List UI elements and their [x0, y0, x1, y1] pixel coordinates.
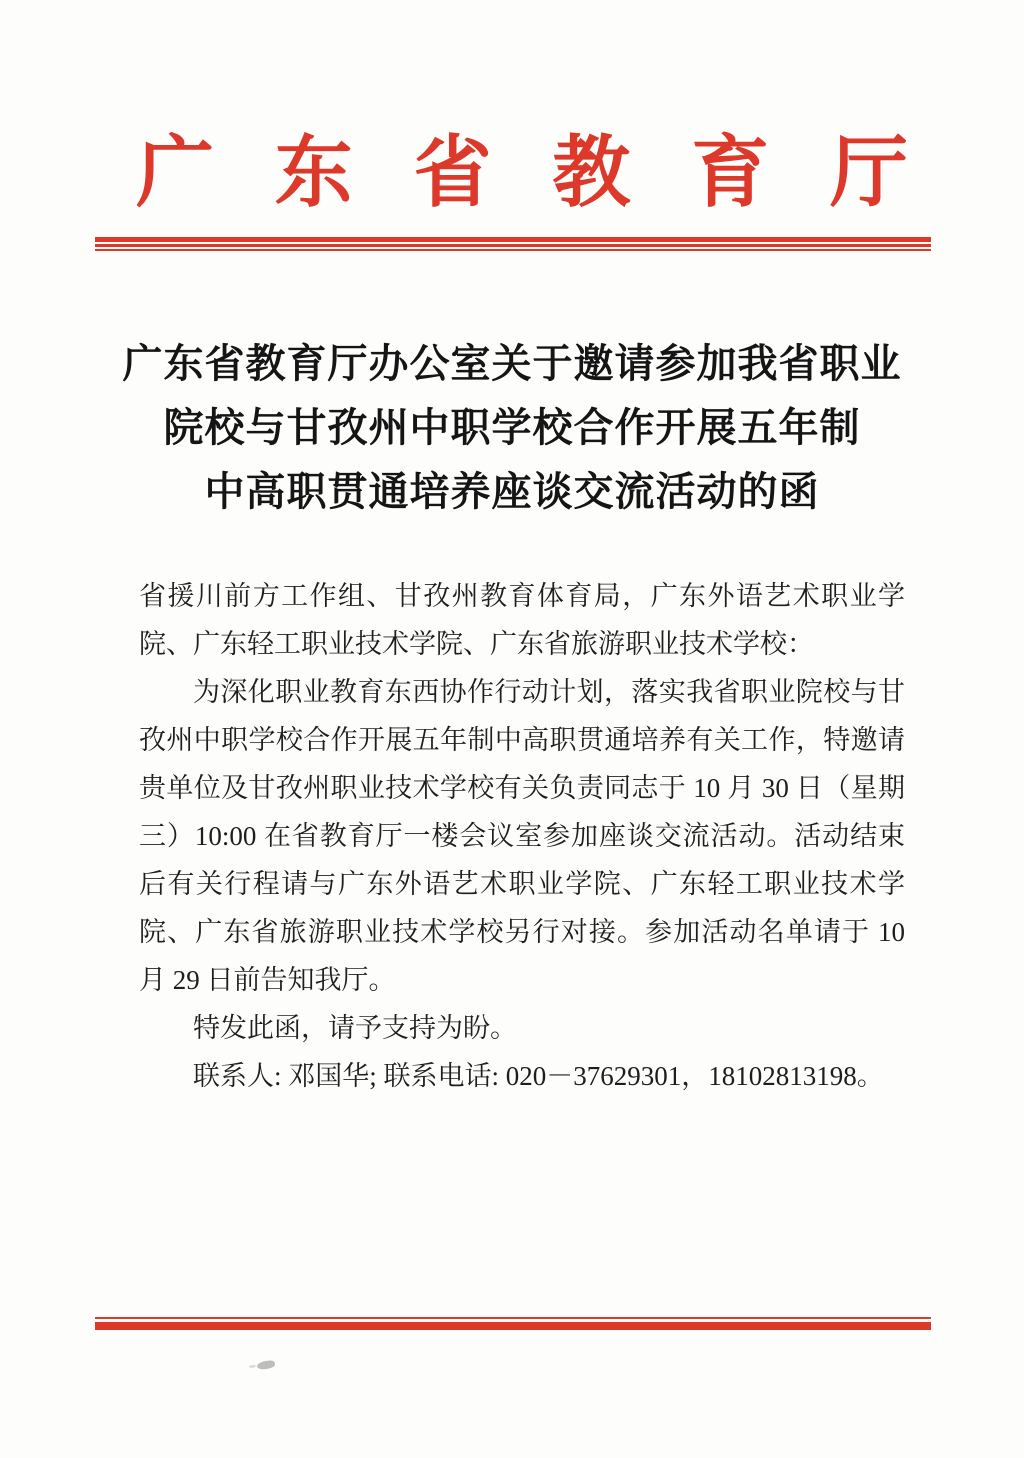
document-body: 省援川前方工作组、甘孜州教育体育局，广东外语艺术职业学院、广东轻工职业技术学院、… [139, 572, 905, 1100]
body-paragraph: 为深化职业教育东西协作行动计划，落实我省职业院校与甘孜州中职学校合作开展五年制中… [139, 668, 905, 1004]
org-name-char: 厅 [830, 134, 908, 212]
scan-smudge [257, 1360, 276, 1370]
org-name-char: 育 [691, 134, 769, 212]
title-line: 院校与甘孜州中职学校合作开展五年制 [0, 396, 1024, 460]
rule-thick-line [95, 1322, 931, 1330]
closing-line: 特发此函，请予支持为盼。 [139, 1004, 905, 1052]
title-line: 广东省教育厅办公室关于邀请参加我省职业 [0, 332, 1024, 396]
rule-thin-line [95, 249, 931, 251]
org-name-char: 广 [136, 134, 214, 212]
contact-line: 联系人: 邓国华; 联系电话: 020－37629301，18102813198… [139, 1052, 905, 1100]
letterhead-separator-rule [95, 237, 931, 251]
org-name-char: 教 [552, 134, 630, 212]
document-page: 广 东 省 教 育 厅 广东省教育厅办公室关于邀请参加我省职业 院校与甘孜州中职… [0, 0, 1024, 1458]
salutation: 省援川前方工作组、甘孜州教育体育局，广东外语艺术职业学院、广东轻工职业技术学院、… [139, 572, 905, 668]
org-name-char: 省 [414, 134, 492, 212]
document-title: 广东省教育厅办公室关于邀请参加我省职业 院校与甘孜州中职学校合作开展五年制 中高… [0, 332, 1024, 524]
footer-separator-rule [95, 1317, 931, 1330]
org-name-char: 东 [275, 134, 353, 212]
title-line: 中高职贯通培养座谈交流活动的函 [0, 460, 1024, 524]
letterhead-org-name: 广 东 省 教 育 厅 [136, 134, 908, 212]
